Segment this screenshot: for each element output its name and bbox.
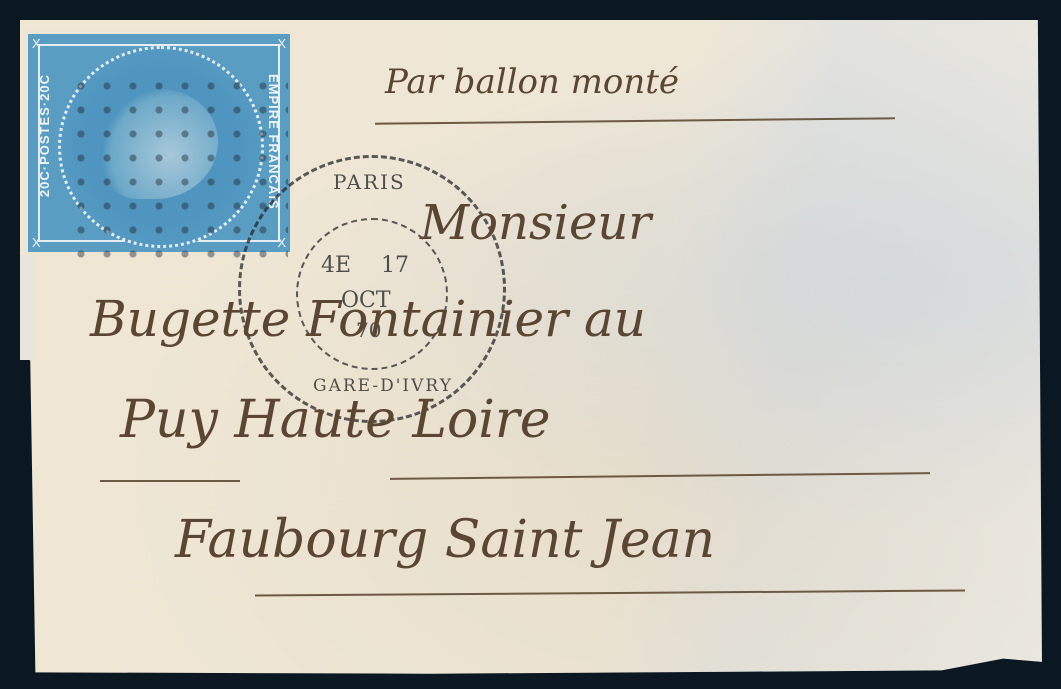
address-line-2: Bugette Fontainier au [90, 290, 646, 348]
address-line-3: Puy Haute Loire [120, 390, 551, 450]
postmark-collection: 4E [321, 253, 351, 278]
stamp-value-text: 20C·POSTES·20C [37, 74, 52, 197]
postmark-city: PARIS [333, 170, 406, 194]
address-line-1: Monsieur [420, 195, 651, 251]
postmark-day: 17 [381, 253, 409, 278]
routing-note: Par ballon monté [385, 62, 679, 102]
stamp-corner: X [32, 235, 41, 250]
underline [100, 480, 240, 482]
stamp-corner: X [32, 36, 41, 51]
address-line-4: Faubourg Saint Jean [175, 510, 715, 570]
stamp-corner: X [277, 36, 286, 51]
paper-fold [20, 255, 34, 360]
postage-stamp: X X X X 20C·POSTES·20C EMPIRE FRANCAIS [28, 34, 290, 252]
